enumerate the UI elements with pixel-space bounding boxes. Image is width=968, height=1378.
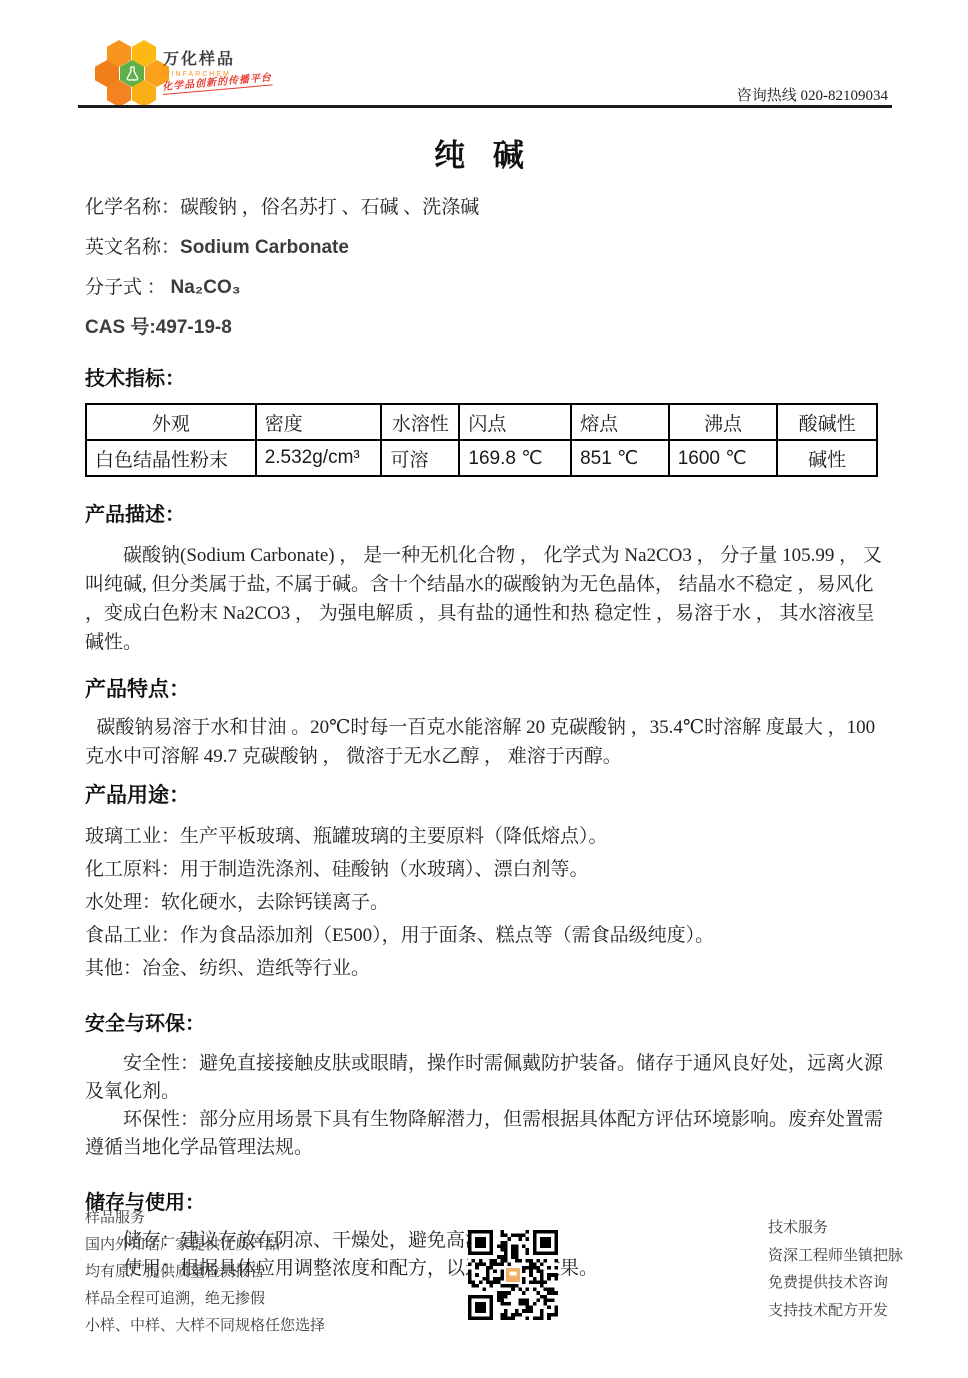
- spec-value-cell: 可溶: [381, 440, 459, 476]
- english-name-label: 英文名称：: [85, 237, 180, 258]
- cas-label: CAS 号:: [85, 317, 156, 338]
- basic-info: 化学名称：碳酸钠 ，俗名苏打 、石碱 、洗涤碱 英文名称：Sodium Carb…: [85, 197, 883, 338]
- chemical-name-label: 化学名称：: [85, 197, 180, 218]
- header-divider: [78, 105, 892, 108]
- safety-section: 安全性：避免直接接触皮肤或眼睛，操作时需佩戴防护装备。储存于通风良好处，远离火源…: [85, 1050, 883, 1162]
- spec-col-header: 密度: [256, 404, 382, 440]
- cas-value: 497-19-8: [156, 317, 232, 338]
- safety-paragraph: 安全性：避免直接接触皮肤或眼睛，操作时需佩戴防护装备。储存于通风良好处，远离火源…: [85, 1050, 883, 1106]
- spec-col-header: 水溶性: [381, 404, 459, 440]
- english-name-value: Sodium Carbonate: [180, 237, 349, 258]
- spec-value-cell: 1600 ℃: [669, 440, 778, 476]
- sample-service-item: 均有原厂提供质量检测报告: [85, 1258, 325, 1285]
- formula-label: 分子式 ：: [85, 277, 166, 298]
- formula-line: 分子式 ： Na₂CO₃: [85, 277, 883, 298]
- spec-value-cell: 碱性: [777, 440, 877, 476]
- specs-heading: 技术指标：: [85, 362, 883, 391]
- wechat-qr-code: [468, 1230, 558, 1320]
- sample-service-item: 国内外知名厂家提供优质产品: [85, 1231, 325, 1258]
- page-header: 万化样品 WINFARCHEM 化学品创新的传播平台 咨询热线 020-8210…: [0, 0, 968, 108]
- safety-paragraph: 环保性：部分应用场景下具有生物降解潜力，但需根据具体配方评估环境影响。废弃处置需…: [85, 1106, 883, 1162]
- uses-item: 化工原料：用于制造洗涤剂、硅酸钠（水玻璃）、漂白剂等。: [85, 856, 883, 884]
- tech-service-item: 支持技术配方开发: [768, 1297, 903, 1325]
- features-text: 碳酸钠易溶于水和甘油 。20℃时每一百克水能溶解 20 克碳酸钠 ，35.4℃时…: [85, 713, 883, 771]
- page-title: 纯 碱: [0, 130, 968, 175]
- spec-col-header: 外观: [86, 404, 256, 440]
- uses-heading: 产品用途：: [85, 779, 883, 809]
- spec-value-cell: 2.532g/cm³: [256, 440, 382, 476]
- uses-item: 水处理：软化硬水，去除钙镁离子。: [85, 889, 883, 917]
- spec-value-row: 白色结晶性粉末 2.532g/cm³ 可溶 169.8 ℃ 851 ℃ 1600…: [86, 440, 877, 476]
- uses-item: 其他：冶金、纺织、造纸等行业。: [85, 955, 883, 983]
- flask-icon: [126, 66, 139, 81]
- uses-item: 食品工业：作为食品添加剂（E500），用于面条、糕点等（需食品级纯度）。: [85, 922, 883, 950]
- brand-text: 万化样品 WINFARCHEM 化学品创新的传播平台: [163, 52, 273, 95]
- spec-value-cell: 169.8 ℃: [459, 440, 571, 476]
- formula-value: Na₂CO₃: [171, 277, 241, 298]
- spec-col-header: 闪点: [459, 404, 571, 440]
- english-name-line: 英文名称：Sodium Carbonate: [85, 237, 883, 258]
- chemical-name-value: 碳酸钠 ，俗名苏打 、石碱 、洗涤碱: [180, 197, 479, 218]
- sample-service-item: 样品全程可追溯，绝无掺假: [85, 1285, 325, 1312]
- spec-value-cell: 851 ℃: [571, 440, 669, 476]
- uses-item: 玻璃工业：生产平板玻璃、瓶罐玻璃的主要原料（降低熔点）。: [85, 823, 883, 851]
- description-text: 碳酸钠(Sodium Carbonate) ， 是一种无机化合物 ， 化学式为 …: [85, 541, 883, 657]
- brand-name: 万化样品: [163, 52, 273, 68]
- sample-service-column: 样品服务 国内外知名厂家提供优质产品 均有原厂提供质量检测报告 样品全程可追溯，…: [85, 1204, 325, 1339]
- sample-service-item: 小样、中样、大样不同规格任您选择: [85, 1312, 325, 1339]
- description-heading: 产品描述：: [85, 498, 883, 527]
- spec-value-cell: 白色结晶性粉末: [86, 440, 256, 476]
- spec-col-header: 沸点: [669, 404, 778, 440]
- tech-service-item: 免费提供技术咨询: [768, 1269, 903, 1297]
- chemical-name-line: 化学名称：碳酸钠 ，俗名苏打 、石碱 、洗涤碱: [85, 197, 883, 218]
- tech-service-item: 资深工程师坐镇把脉: [768, 1242, 903, 1270]
- hotline-text: 咨询热线 020-82109034: [737, 84, 888, 105]
- safety-heading: 安全与环保：: [85, 1007, 883, 1036]
- spec-header-row: 外观 密度 水溶性 闪点 熔点 沸点 酸碱性: [86, 404, 877, 440]
- spec-col-header: 酸碱性: [777, 404, 877, 440]
- tech-service-column: 技术服务 资深工程师坐镇把脉 免费提供技术咨询 支持技术配方开发: [768, 1214, 903, 1324]
- uses-list: 玻璃工业：生产平板玻璃、瓶罐玻璃的主要原料（降低熔点）。 化工原料：用于制造洗涤…: [85, 823, 883, 983]
- datasheet-page: 万化样品 WINFARCHEM 化学品创新的传播平台 咨询热线 020-8210…: [0, 0, 968, 1378]
- sample-service-title: 样品服务: [85, 1204, 325, 1231]
- spec-table: 外观 密度 水溶性 闪点 熔点 沸点 酸碱性 白色结晶性粉末 2.532g/cm…: [85, 403, 878, 477]
- honeycomb-logo-icon: [95, 40, 169, 108]
- features-heading: 产品特点：: [85, 673, 883, 703]
- cas-line: CAS 号:497-19-8: [85, 317, 883, 338]
- spec-col-header: 熔点: [571, 404, 669, 440]
- tech-service-title: 技术服务: [768, 1214, 903, 1242]
